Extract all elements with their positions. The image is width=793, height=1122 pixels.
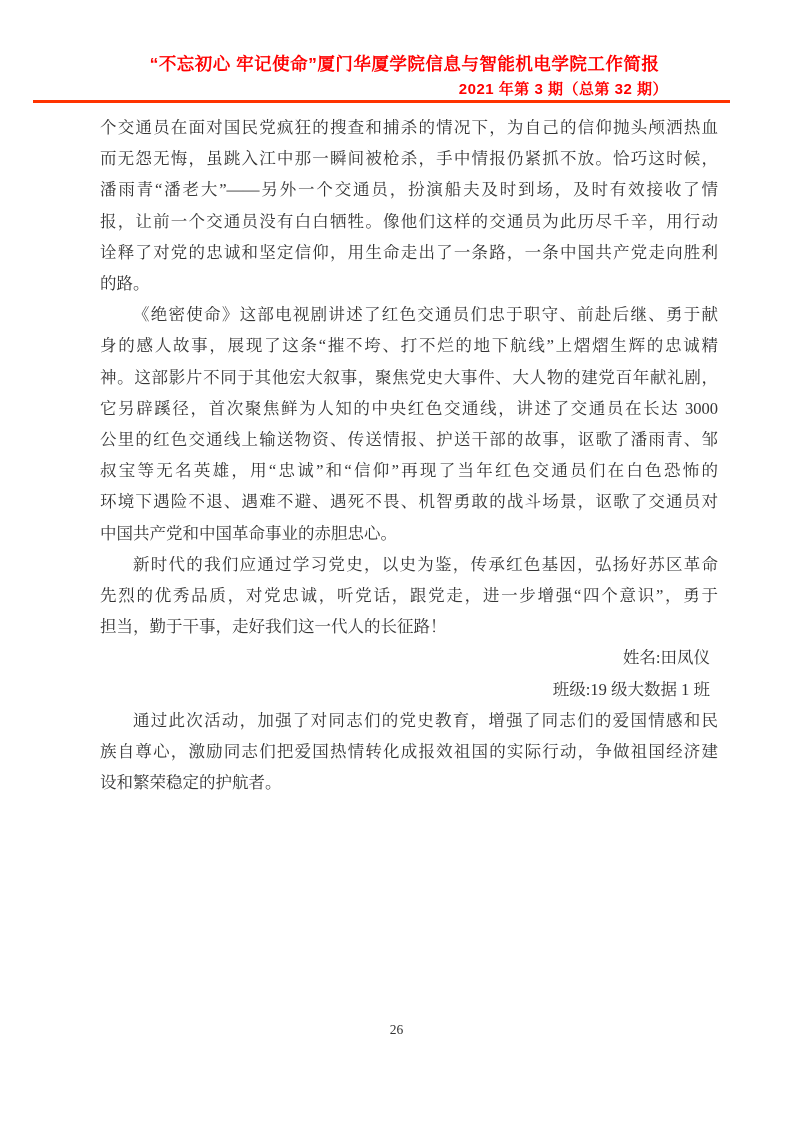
bulletin-header-title: “不忘初心 牢记使命”厦门华厦学院信息与智能机电学院工作简报 [0, 51, 793, 76]
text-line: 它另辟蹊径，首次聚焦鲜为人知的中央红色交通线，讲述了交通员在长达 3000 [100, 393, 718, 424]
text-line: 姓名:田凤仪 [100, 642, 718, 673]
text-line: 通过此次活动，加强了对同志们的党史教育，增强了同志们的爱国情感和民 [100, 705, 718, 736]
text-line: 而无怨无悔，虽跳入江中那一瞬间被枪杀，手中情报仍紧抓不放。恰巧这时候， [100, 143, 718, 174]
body-text: 个交通员在面对国民党疯狂的搜查和捕杀的情况下，为自己的信仰抛头颅洒热血而无怨无悔… [100, 112, 718, 798]
text-line: 个交通员在面对国民党疯狂的搜查和捕杀的情况下，为自己的信仰抛头颅洒热血 [100, 112, 718, 143]
text-line: 担当，勤于干事，走好我们这一代人的长征路！ [100, 611, 718, 642]
text-line: 新时代的我们应通过学习党史，以史为鉴，传承红色基因，弘扬好苏区革命 [100, 549, 718, 580]
text-line: 先烈的优秀品质，对党忠诚，听党话，跟党走，进一步增强“四个意识”，勇于 [100, 580, 718, 611]
text-line: 的路。 [100, 268, 718, 299]
text-line: 族自尊心，激励同志们把爱国热情转化成报效祖国的实际行动，争做祖国经济建 [100, 736, 718, 767]
text-line: 神。这部影片不同于其他宏大叙事，聚焦党史大事件、大人物的建党百年献礼剧， [100, 362, 718, 393]
text-line: 环境下遇险不退、遇难不避、遇死不畏、机智勇敢的战斗场景，讴歌了交通员对 [100, 486, 718, 517]
text-line: 身的感人故事，展现了这条“摧不垮、打不烂的地下航线”上熠熠生辉的忠诚精 [100, 330, 718, 361]
document-page: “不忘初心 牢记使命”厦门华厦学院信息与智能机电学院工作简报 2021 年第 3… [0, 0, 793, 1122]
text-line: 叔宝等无名英雄，用“忠诚”和“信仰”再现了当年红色交通员们在白色恐怖的 [100, 455, 718, 486]
text-line: 报，让前一个交通员没有白白牺牲。像他们这样的交通员为此历尽千辛，用行动 [100, 206, 718, 237]
page-number: 26 [0, 1022, 793, 1038]
text-line: 班级:19 级大数据 1 班 [100, 674, 718, 705]
text-line: 设和繁荣稳定的护航者。 [100, 767, 718, 798]
text-line: 潘雨青“潘老大”——另外一个交通员，扮演船夫及时到场，及时有效接收了情 [100, 174, 718, 205]
text-line: 中国共产党和中国革命事业的赤胆忠心。 [100, 518, 718, 549]
text-line: 《绝密使命》这部电视剧讲述了红色交通员们忠于职守、前赴后继、勇于献 [100, 299, 718, 330]
bulletin-issue-number: 2021 年第 3 期（总第 32 期） [459, 78, 668, 99]
text-line: 公里的红色交通线上输送物资、传送情报、护送干部的故事，讴歌了潘雨青、邹 [100, 424, 718, 455]
text-line: 诠释了对党的忠诚和坚定信仰，用生命走出了一条路，一条中国共产党走向胜利 [100, 237, 718, 268]
header-divider-rule [33, 100, 730, 103]
